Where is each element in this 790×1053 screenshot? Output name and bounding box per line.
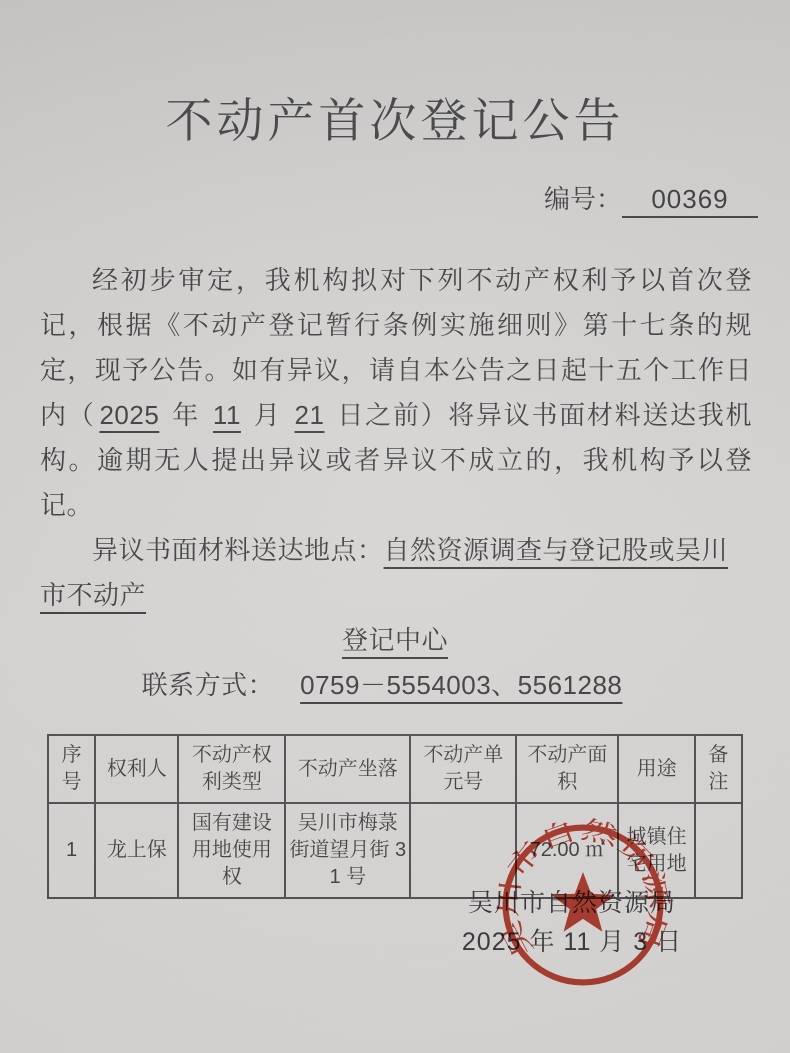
table-header-cell: 序号: [48, 735, 95, 803]
signature-block: 吴川市自然资源局 2025 年 11 月 3 日: [452, 884, 692, 962]
delivery-value-line2: 登记中心: [342, 625, 448, 655]
document-number-row: 编号：00369: [0, 179, 790, 218]
table-header-cell: 不动产面积: [516, 735, 618, 803]
announcement-paragraph: 经初步审定，我机构拟对下列不动产权利予以首次登记，根据《不动产登记暂行条例实施细…: [40, 258, 752, 528]
table-header-cell: 不动产单元号: [410, 735, 516, 803]
contact-label: 联系方式：: [142, 670, 275, 700]
paragraph-text: 年: [163, 400, 209, 430]
table-cell: [695, 803, 742, 898]
delivery-address-line2: 登记中心: [0, 618, 790, 663]
underlined-date-part: 21: [291, 400, 329, 430]
table-cell: 吴川市梅菉街道望月街 31 号: [285, 803, 410, 898]
table-header-row: 序号权利人不动产权利类型不动产坐落不动产单元号不动产面积用途备注: [48, 735, 742, 803]
table-header-cell: 权利人: [95, 735, 178, 803]
contact-line: 联系方式：0759－5554003、5561288: [0, 663, 790, 708]
property-table: 序号权利人不动产权利类型不动产坐落不动产单元号不动产面积用途备注 1龙上保国有建…: [47, 734, 743, 899]
contact-value: 0759－5554003、5561288: [274, 670, 648, 701]
table-cell: 1: [48, 803, 95, 898]
issue-date: 2025 年 11 月 3 日: [452, 923, 692, 962]
table-header-cell: 用途: [618, 735, 694, 803]
page-title: 不动产首次登记公告: [0, 0, 790, 151]
number-value: 00369: [622, 184, 758, 218]
table-header-cell: 备注: [695, 735, 742, 803]
delivery-address-line: 异议书面材料送达地点：自然资源调查与登记股或吴川市不动产: [40, 528, 752, 618]
table-header-cell: 不动产坐落: [285, 735, 410, 803]
number-label: 编号：: [544, 184, 622, 214]
issuing-authority: 吴川市自然资源局: [452, 884, 692, 923]
underlined-date-part: 2025: [95, 400, 163, 430]
delivery-label: 异议书面材料送达地点：: [92, 535, 384, 565]
table-header-cell: 不动产权利类型: [178, 735, 285, 803]
announcement-page: 不动产首次登记公告 编号：00369 经初步审定，我机构拟对下列不动产权利予以首…: [0, 0, 790, 1053]
table-cell: 龙上保: [95, 803, 178, 898]
underlined-date-part: 11: [209, 400, 245, 430]
table-cell: 国有建设用地使用权: [178, 803, 285, 898]
paragraph-text: 月: [245, 400, 291, 430]
